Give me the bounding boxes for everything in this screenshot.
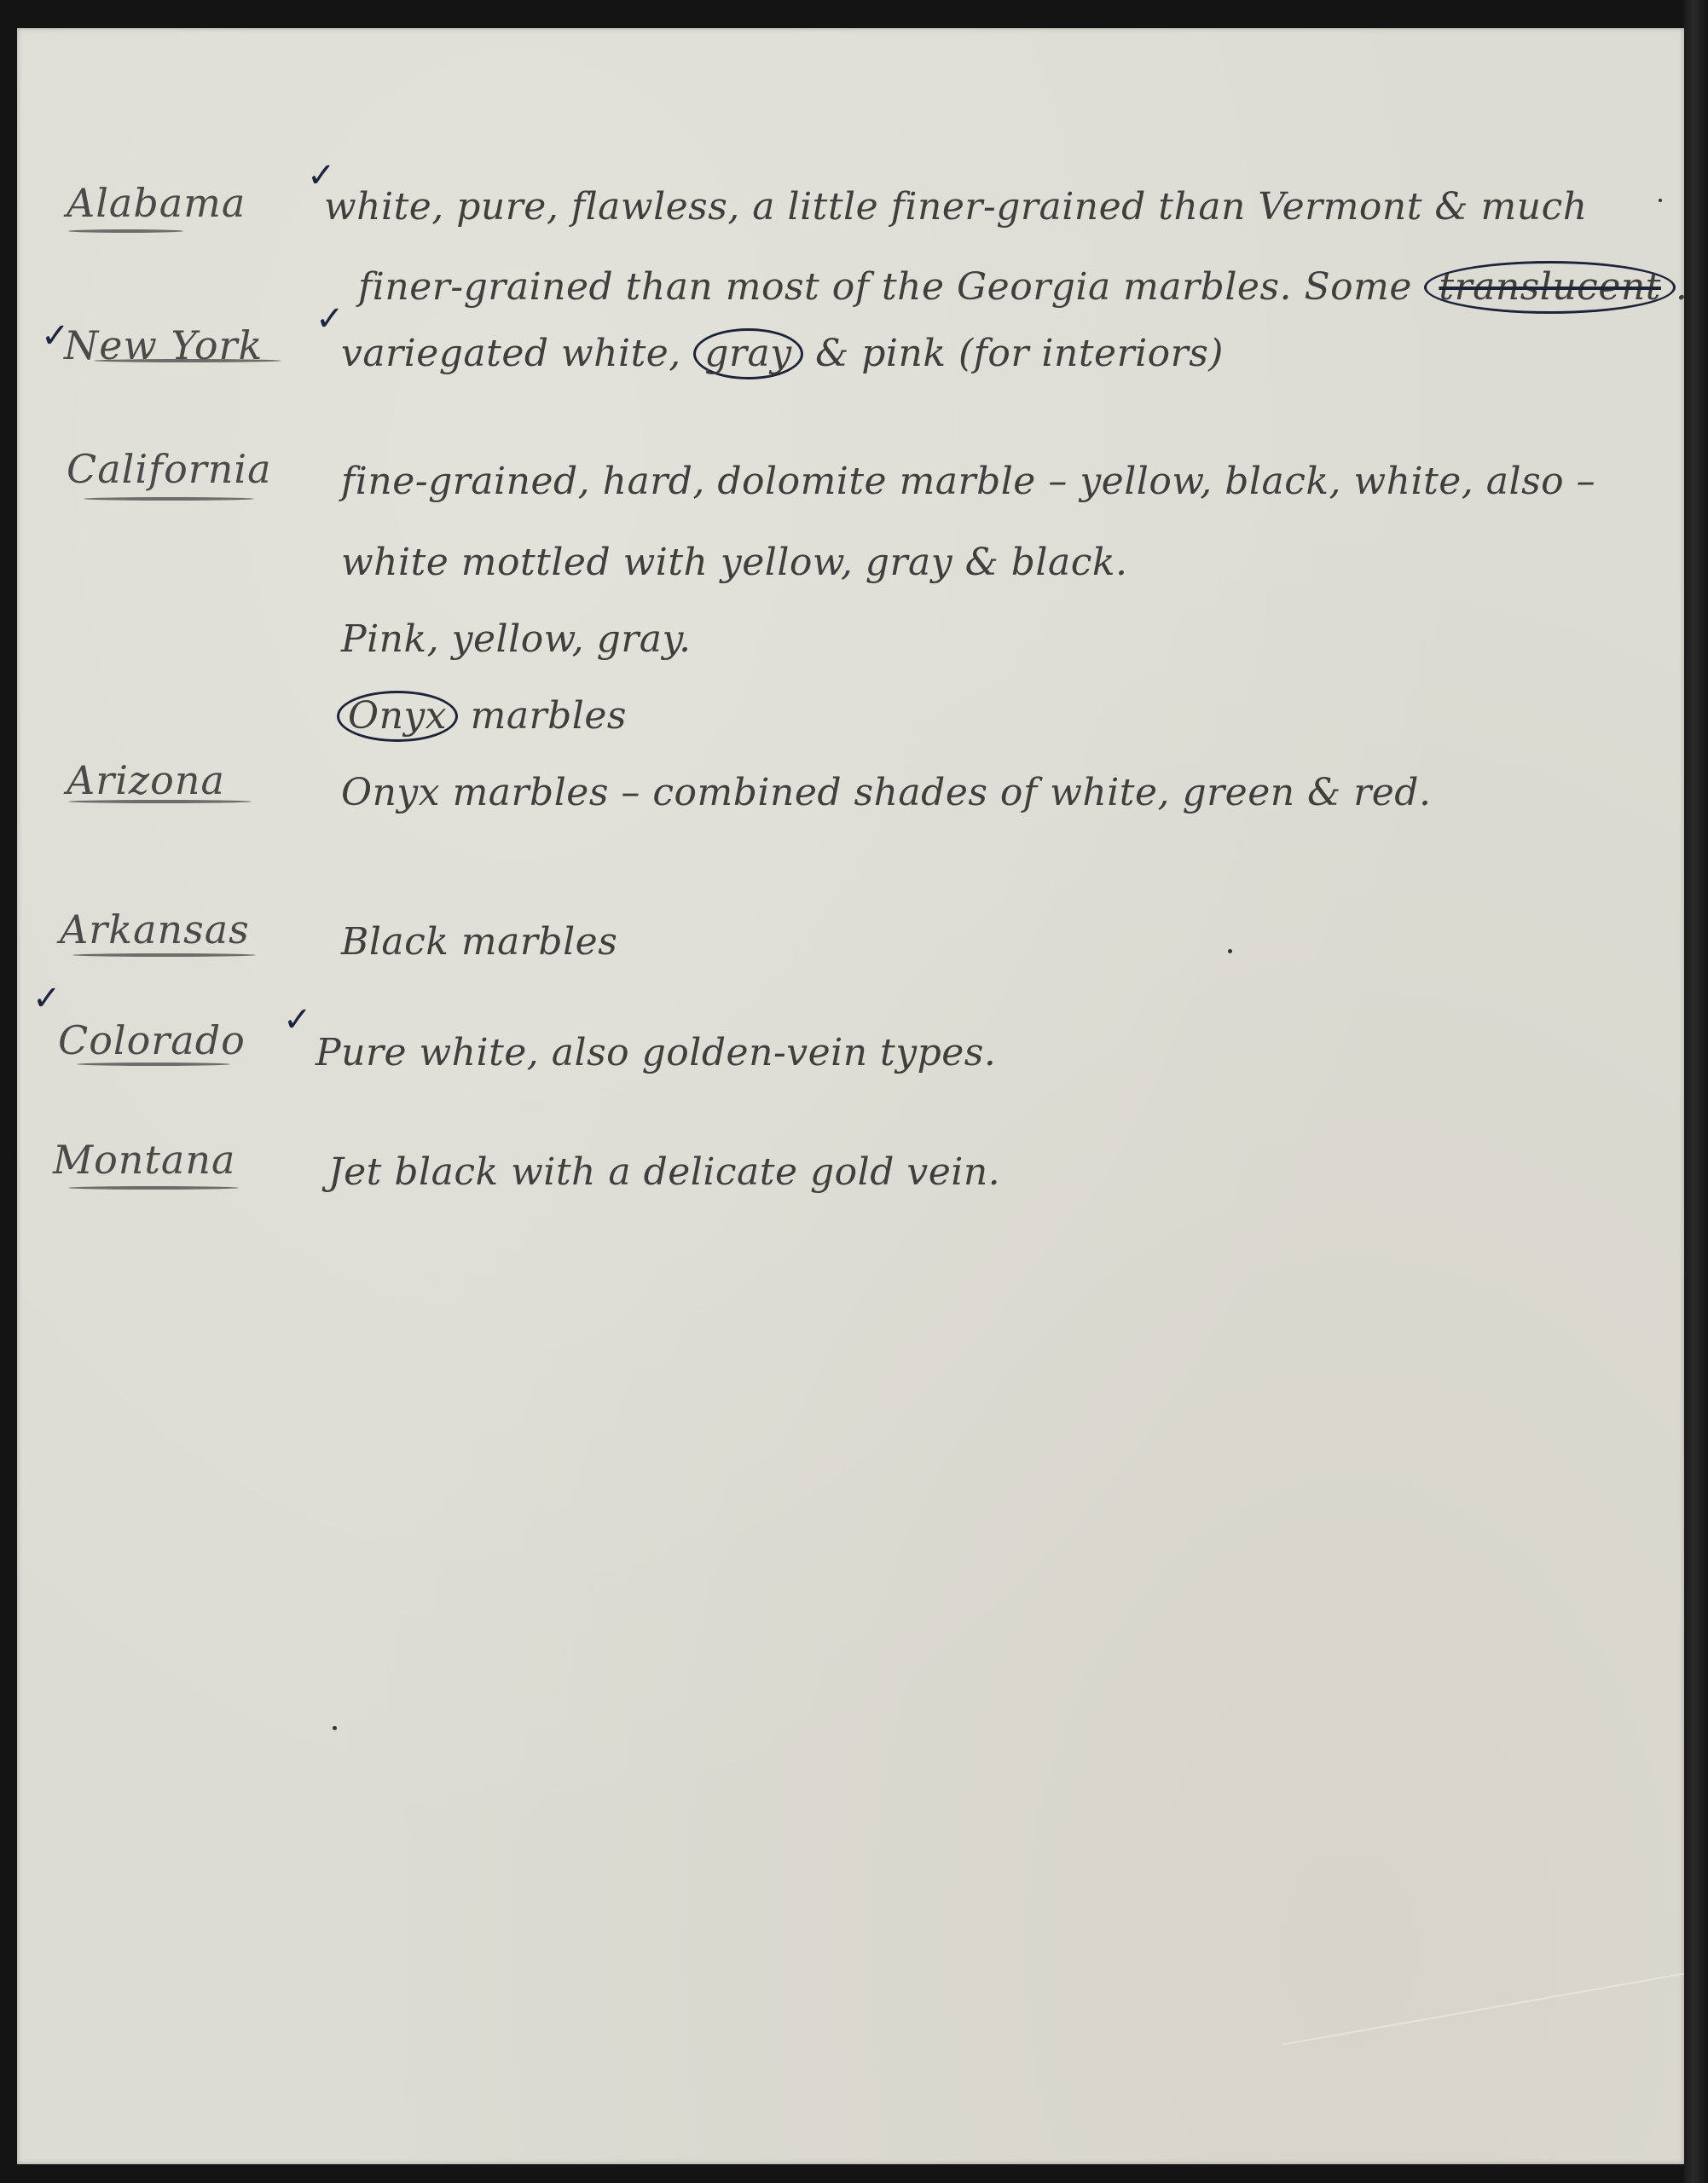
state-label-colorado: Colorado [58,1017,246,1063]
paper-speck [333,1726,337,1730]
check-mark-icon: ✓ [316,299,344,339]
entry-text-arizona: Onyx marbles – combined shades of white,… [341,757,1431,829]
entry-text-california-line-2: white mottled with yellow, gray & black. [341,527,1128,599]
entry-text: & pink (for interiors) [815,332,1224,375]
state-label-alabama: Alabama [67,180,246,226]
check-mark-icon: ✓ [283,1000,312,1039]
paper-speck [1659,199,1662,202]
state-label-montana: Montana [53,1137,235,1183]
entry-text-alabama-line-2: finer-grained than most of the Georgia m… [358,252,1688,323]
check-mark-icon: ✓ [32,979,61,1018]
entry-text: finer-grained than most of the Georgia m… [358,265,1412,309]
document-page: Alabama ✓ white, pure, flawless, a littl… [17,28,1684,2164]
entry-text-colorado: Pure white, also golden-vein types. [316,1017,996,1089]
underline [68,800,252,803]
entry-text-arkansas: Black marbles [341,906,617,978]
circled-word: Onyx [337,691,458,742]
state-label-california: California [67,446,272,492]
entry-text-california-line-4: Onyx marbles [337,680,627,752]
underline [68,229,183,233]
entry-text-california-line-3: Pink, yellow, gray. [341,604,692,675]
underline [77,1063,230,1066]
entry-text-alabama-line-1: white, pure, flawless, a little finer-gr… [324,171,1588,243]
underline [72,953,256,957]
state-label-arkansas: Arkansas [60,906,250,953]
underline [94,359,281,362]
state-label-arizona: Arizona [67,757,225,803]
circled-word: gray [693,328,802,379]
struck-out-word: translucent [1424,261,1675,314]
underline [84,497,254,501]
entry-text-new-york: variegated white, gray & pink (for inter… [341,318,1224,390]
entry-text: marbles [471,694,627,738]
entry-text-montana: Jet black with a delicate gold vein. [328,1137,1000,1208]
paper-speck [1228,949,1232,953]
scan-border [1684,0,1708,2183]
entry-text: variegated white, [341,332,681,375]
entry-text-california-line-1: fine-grained, hard, dolomite marble – ye… [341,446,1595,518]
underline [68,1186,239,1190]
